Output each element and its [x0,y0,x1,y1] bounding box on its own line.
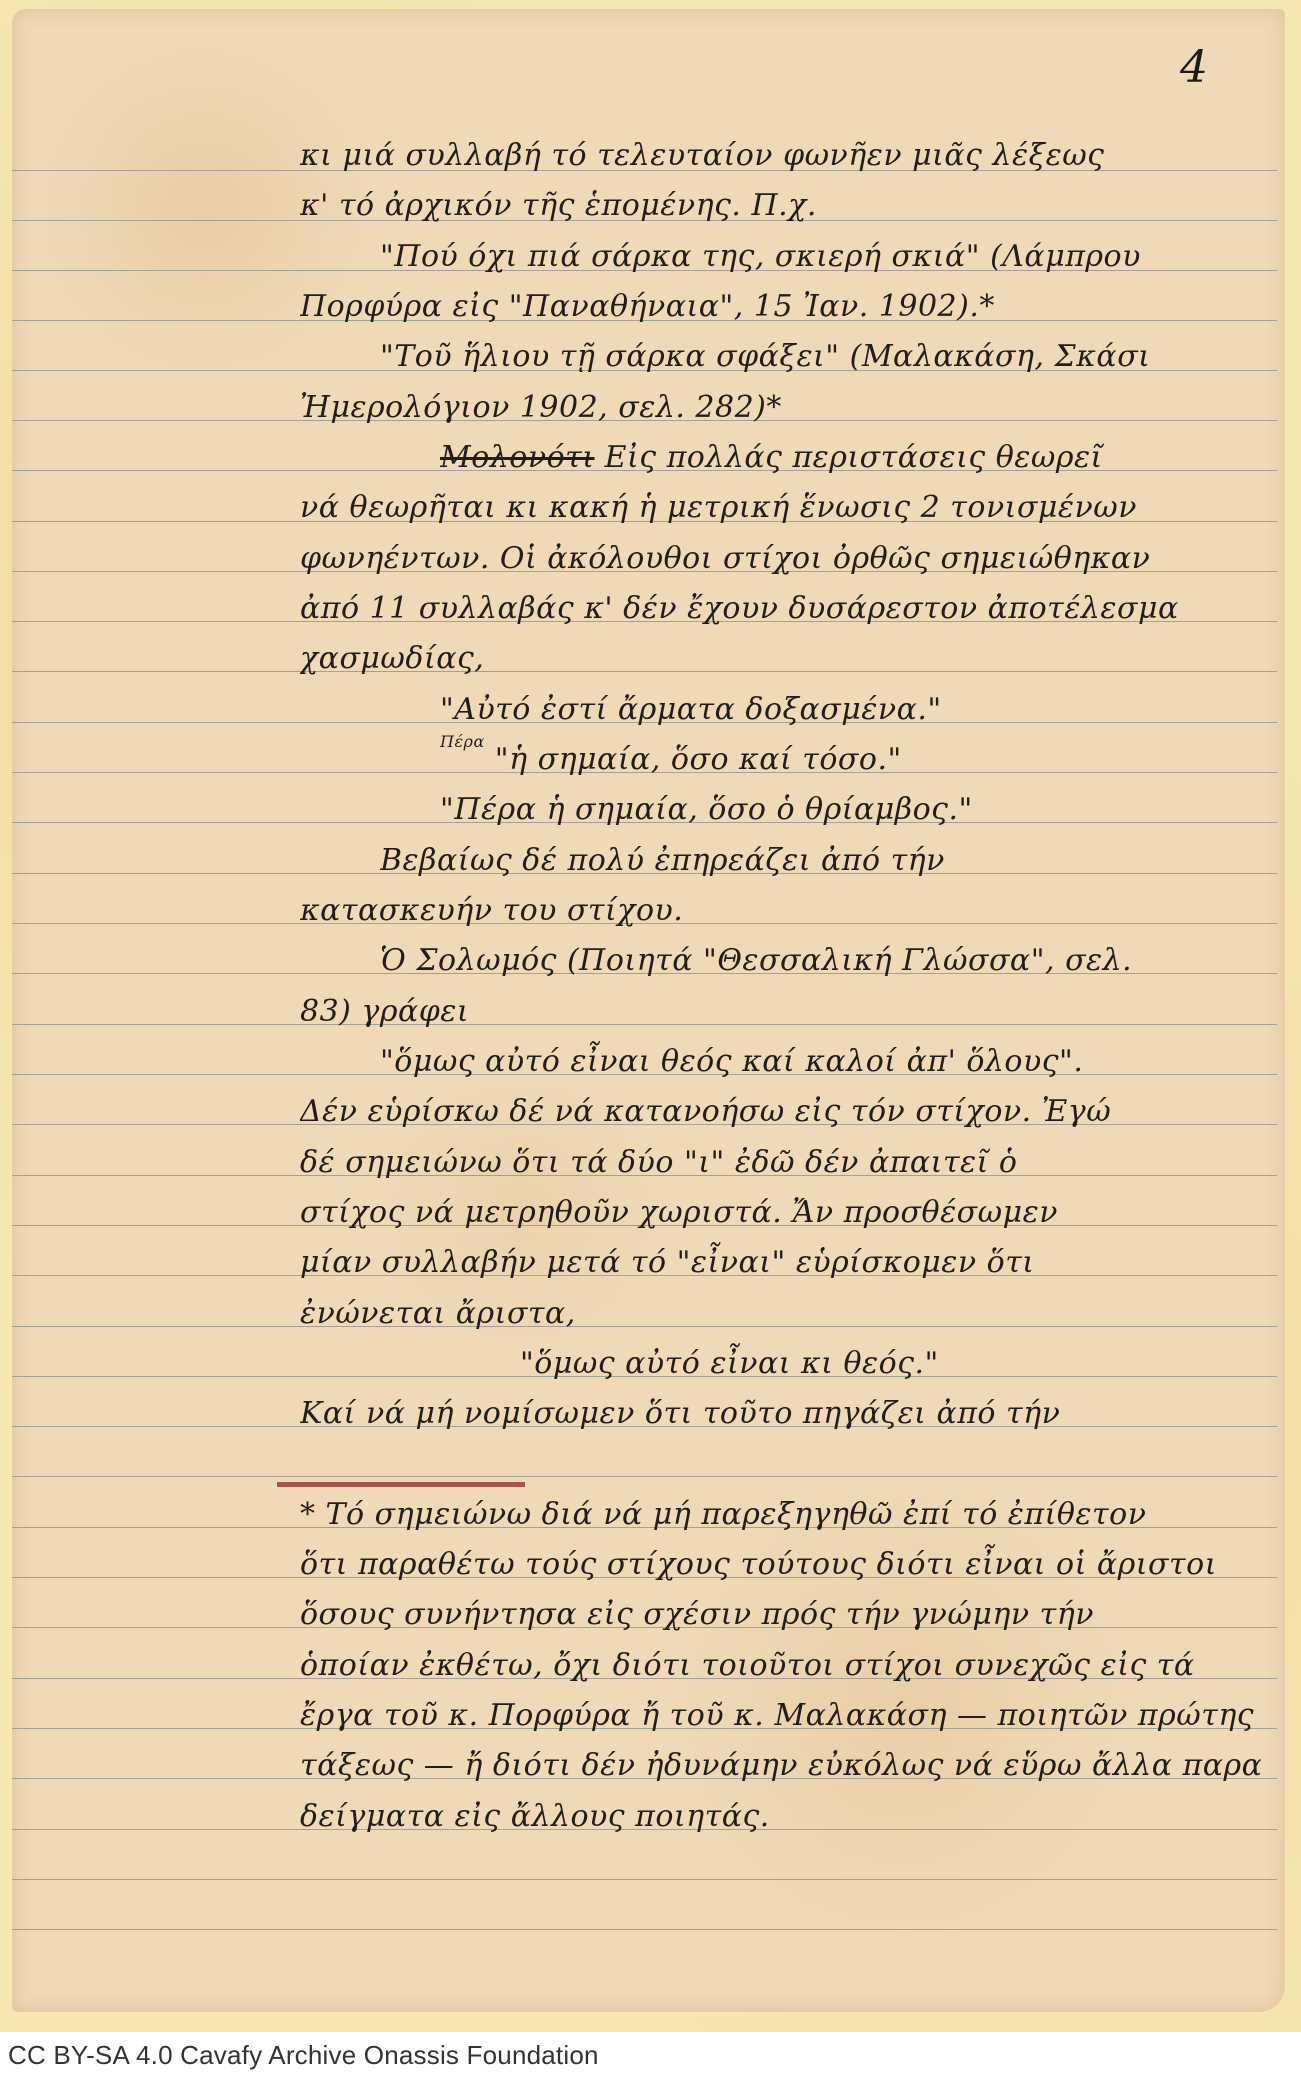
manuscript-line: Καί νά μή νομίσωμεν ὅτι τοῦτο πηγάζει ἀπ… [300,1388,1261,1440]
manuscript-line: νά θεωρῆται κι κακή ἡ μετρική ἕνωσις 2 τ… [300,482,1261,534]
interlinear-insertion: Πέρα [440,734,485,751]
manuscript-line: 83) γράφει [300,986,1261,1038]
manuscript-line: χασμωδίας, [300,633,1261,685]
struck-out-word: Μολονότι [440,440,595,475]
manuscript-line: "Τοῦ ἥλιου τῇ σάρκα σφάξει" (Μαλακάση, Σ… [380,331,1261,383]
footnote-line: * Τό σημειώνω διά νά μή παρεξηγηθῶ ἐπί τ… [300,1489,1261,1541]
manuscript-line: "Πέρα ἡ σημαία, ὅσο ὁ θρίαμβος." [440,784,1261,836]
manuscript-line: φωνηέντων. Οἱ ἀκόλουθοι στίχοι ὀρθῶς σημ… [300,533,1261,585]
license-caption: CC BY-SA 4.0 Cavafy Archive Onassis Foun… [8,2040,599,2071]
manuscript-line: Δέν εὑρίσκω δέ νά κατανοήσω εἰς τόν στίχ… [300,1086,1261,1138]
manuscript-line: κ' τό ἀρχικόν τῆς ἑπομένης. Π.χ. [300,180,1261,232]
footnote-separator [277,1482,525,1487]
manuscript-line: ἀπό 11 συλλαβάς κ' δέν ἔχουν δυσάρεστον … [300,583,1261,635]
footnote-line: ὁποίαν ἐκθέτω, ὄχι διότι τοιοῦτοι στίχοι… [300,1640,1261,1692]
manuscript-line: "ὅμως αὐτό εἶναι θεός καί καλοί ἀπ' ὅλου… [380,1036,1261,1088]
manuscript-line: Βεβαίως δέ πολύ ἐπηρεάζει ἀπό τήν [380,835,1261,887]
footnote-line: ὅσους συνήντησα εἰς σχέσιν πρός τήν γνώμ… [300,1589,1261,1641]
manuscript-line-text: Εἰς πολλάς περιστάσεις θεωρεῖ [605,440,1103,475]
footnote-line: τάξεως — ἤ διότι δέν ἠδυνάμην εὐκόλως νά… [300,1740,1261,1792]
manuscript-line: κι μιά συλλαβή τό τελευταίον φωνῆεν μιᾶς… [300,130,1261,182]
ruled-line [12,1879,1277,1880]
footnote-line: δείγματα εἰς ἄλλους ποιητάς. [300,1791,1261,1843]
manuscript-line: στίχος νά μετρηθοῦν χωριστά. Ἄν προσθέσω… [300,1187,1261,1239]
footnote-line: ἔργα τοῦ κ. Πορφύρα ἤ τοῦ κ. Μαλακάση — … [300,1690,1261,1742]
manuscript-line: Ἠμερολόγιον 1902, σελ. 282)* [300,382,1261,434]
page-number: 4 [1180,42,1208,93]
manuscript-line: "Αὐτό ἐστί ἄρματα δοξασμένα." [440,684,1261,736]
manuscript-line-text: "ἡ σημαία, ὅσο καί τόσο." [495,742,902,777]
manuscript-line: μίαν συλλαβήν μετά τό "εἶναι" εὑρίσκομεν… [300,1237,1261,1289]
ruled-line [12,1476,1277,1477]
footnote-line: ὅτι παραθέτω τούς στίχους τούτους διότι … [300,1539,1261,1591]
ruled-line [12,1929,1277,1930]
manuscript-line: δέ σημειώνω ὅτι τά δύο "ι" ἐδῶ δέν ἀπαιτ… [300,1137,1261,1189]
manuscript-line: Πορφύρα εἰς "Παναθήναια", 15 Ἰαν. 1902).… [300,281,1261,333]
manuscript-line: κατασκευήν του στίχου. [300,885,1261,937]
manuscript-line: Μολονότι Εἰς πολλάς περιστάσεις θεωρεῖ [440,432,1261,484]
manuscript-line: ἐνώνεται ἄριστα, [300,1288,1261,1340]
manuscript-line: "ὅμως αὐτό εἶναι κι θεός." [520,1338,1261,1390]
manuscript-line: Πέρα "ἡ σημαία, ὅσο καί τόσο." [440,734,1261,786]
manuscript-line: Ὁ Σολωμός (Ποιητά "Θεσσαλική Γλώσσα", σε… [380,935,1261,987]
manuscript-line: "Πού όχι πιά σάρκα της, σκιερή σκιά" (Λά… [380,231,1261,283]
